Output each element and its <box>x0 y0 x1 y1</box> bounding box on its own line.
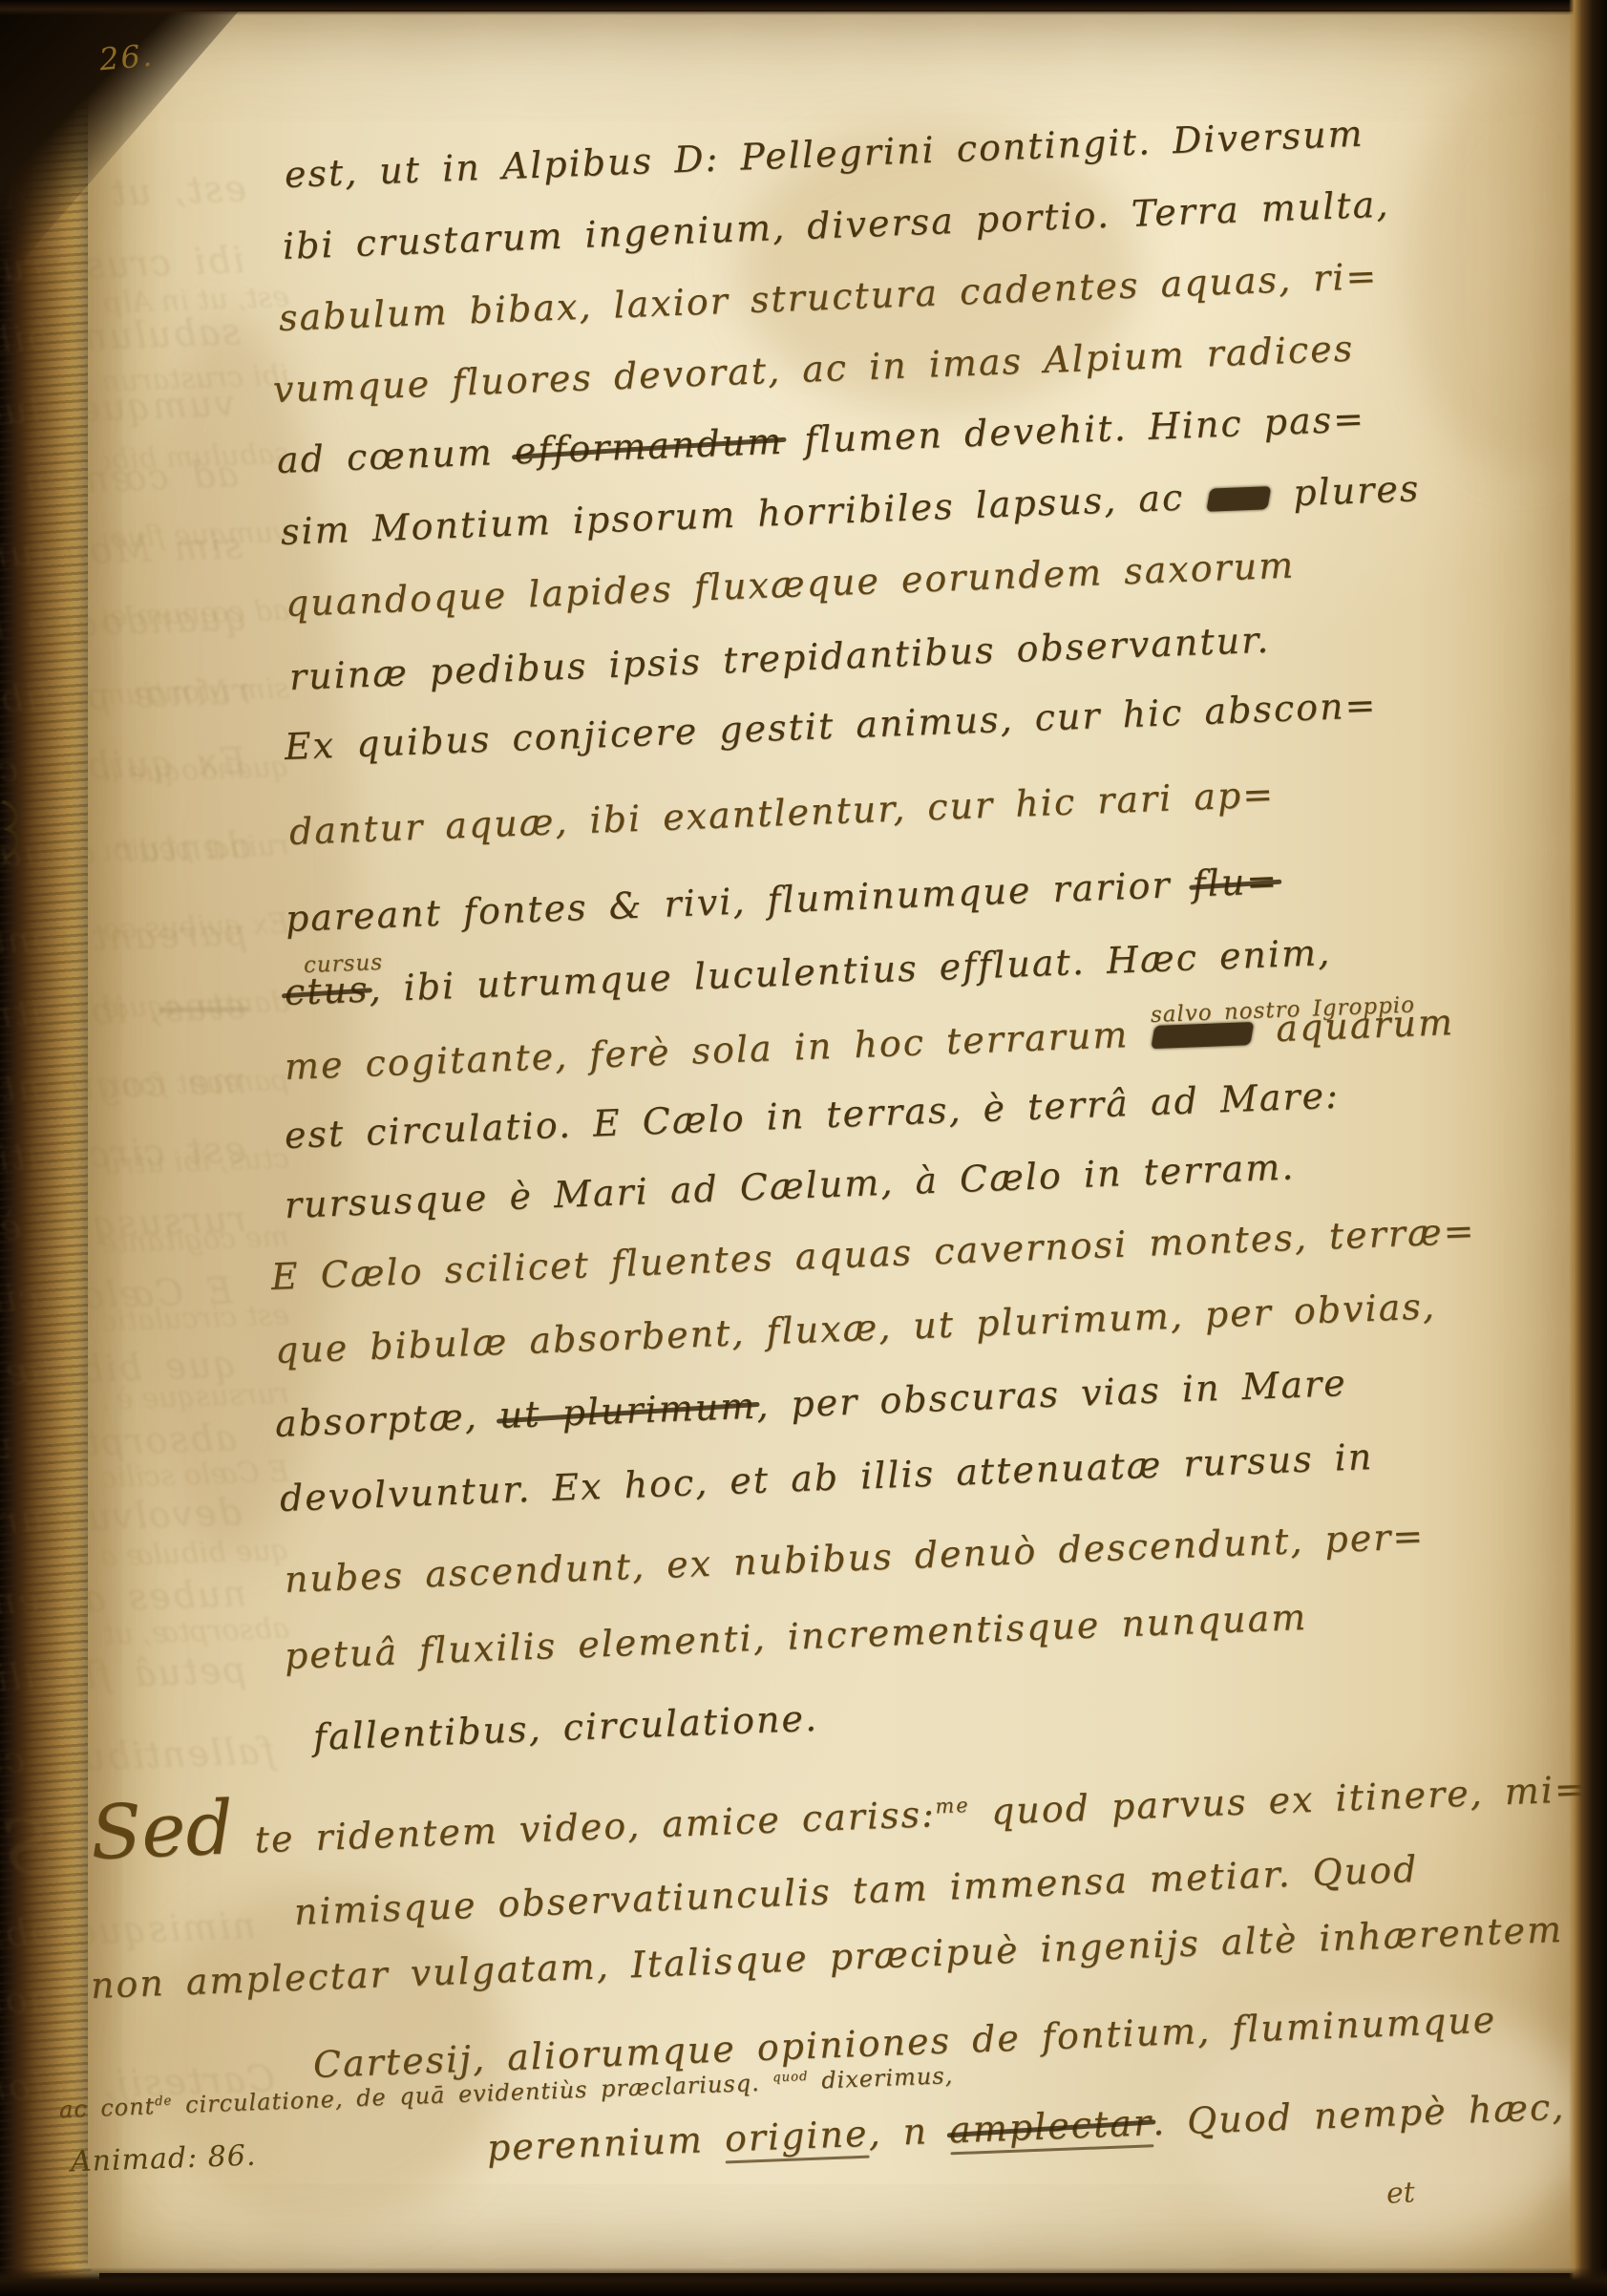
manuscript-line: quandoque lapides fluxæque eorundem saxo… <box>285 544 1296 625</box>
manuscript-line: rursusque è Mari ad Cælum, à Cælo in ter… <box>284 1146 1296 1226</box>
manuscript-line: ibi crustarum ingenium, diversa portio. … <box>282 183 1390 267</box>
folio-number: 26. <box>98 40 155 75</box>
manuscript-line: cursus <box>303 950 383 979</box>
manuscript-photo: est, ut in Alpibus D: Pellegrini conting… <box>0 0 1607 2296</box>
manuscript-line: sim Montium ipsorum horribiles lapsus, a… <box>280 468 1421 553</box>
text-layer: est, ut in Alpibus D: Pellegrini conting… <box>0 0 1607 2296</box>
manuscript-line: absorptæ, ut plurimum, per obscuras vias… <box>274 1363 1347 1446</box>
manuscript-line: sabulum bibax, laxior structura cadentes… <box>278 256 1379 340</box>
manuscript-line: ruinæ pedibus ipsis trepidantibus observ… <box>288 620 1271 699</box>
manuscript-line: pareant fontes & rivi, fluminumque rario… <box>285 861 1279 941</box>
manuscript-line: petuâ fluxilis elementi, incrementisque … <box>284 1597 1308 1678</box>
manuscript-line: devolvuntur. Ex hoc, et ab illis attenua… <box>279 1436 1374 1520</box>
manuscript-line: est circulatio. E Cælo in terras, è terr… <box>284 1075 1340 1158</box>
bottom-annotation: Animad: 86. <box>71 2142 257 2178</box>
manuscript-line: nubes ascendunt, ex nubibus denuò descen… <box>284 1516 1426 1602</box>
manuscript-line: dantur aquæ, ibi exantlentur, cur hic ra… <box>288 774 1276 853</box>
manuscript-line: que bibulæ absorbent, fluxæ, ut plurimum… <box>274 1286 1437 1371</box>
manuscript-line: est, ut in Alpibus D: Pellegrini conting… <box>284 114 1364 197</box>
catchword: et <box>1385 2179 1415 2209</box>
manuscript-line: fallentibus, circulatione. <box>312 1698 819 1759</box>
margin-mark-icon <box>0 797 29 863</box>
manuscript-line: Ex quibus conjicere gestit animus, cur h… <box>284 685 1378 769</box>
ink-blot <box>1206 487 1271 512</box>
manuscript-line: E Cælo scilicet fluentes aquas cavernosi… <box>270 1211 1476 1299</box>
manuscript-line: vumque fluores devorat, ac in imas Alpiu… <box>272 329 1355 412</box>
manuscript-line: ad cœnum efformandum flumen devehit. Hin… <box>276 398 1366 481</box>
